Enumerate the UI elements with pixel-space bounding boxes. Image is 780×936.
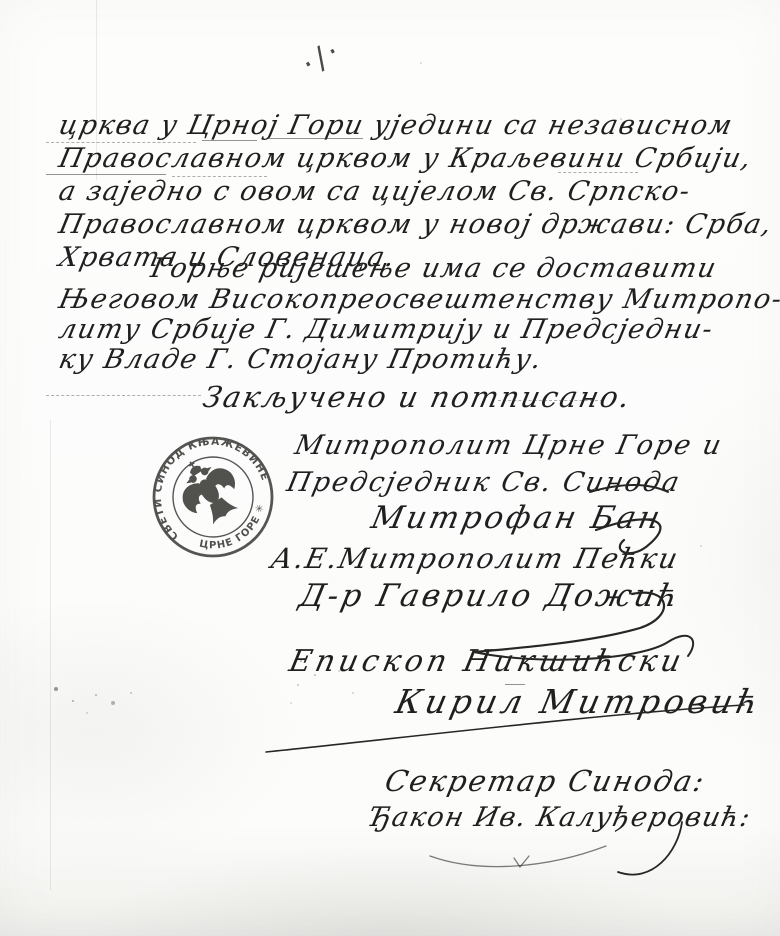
underline-stroke (558, 172, 638, 173)
underline-stroke (46, 174, 166, 175)
signature-flourish (514, 856, 529, 867)
closing-statement: Закључено и потписано. (200, 380, 635, 414)
body-line: црква у Црној Гори уједини са независном (56, 110, 736, 141)
signatory-title: Секретар Синода: (382, 764, 709, 798)
underline-stroke (202, 140, 257, 141)
signature-name: Д-р Гаврило Дожић (296, 578, 684, 614)
underline-stroke (268, 138, 363, 139)
signatory-title: Митрополит Црне Горе и (292, 430, 726, 461)
signature-name: Кирил Митровић (392, 682, 766, 721)
body-line: ку Владе Г. Стојану Протићу. (56, 344, 546, 375)
body-line: Православном црквом у новој држави: Срба… (56, 209, 776, 240)
body-line: Православном црквом у Краљевини Србији, (56, 143, 755, 174)
body-line: литу Србије Г. Димитрију и Предсједни- (56, 314, 717, 345)
body-line: а заједно с овом са цијелом Св. Српско- (56, 176, 694, 207)
reference-mark: ·/· (296, 32, 349, 82)
body-line: Његовом Високопреосвештенству Митропо- (56, 284, 780, 315)
signature-name: Митрофан Бан (368, 500, 666, 536)
underline-stroke (46, 395, 201, 396)
signatory-title: А.Е.Митрополит Пећки (268, 542, 682, 575)
signatory-title: Предсједник Св. Синода (284, 467, 684, 498)
signature-flourish (430, 846, 606, 867)
ink-speckles (0, 0, 2, 2)
scanned-document-page: ·/· црква у Црној Гори уједини са незави… (0, 0, 780, 936)
signatory-title: Епископ Никшићски (286, 644, 688, 679)
underline-stroke (172, 176, 267, 177)
underline-stroke (46, 142, 196, 143)
underline-stroke (498, 400, 603, 401)
synod-seal: СВЕТИ СИНОД КЊАЖЕВИНЕ ЦРНЕ ГОРЕ ✳ (146, 430, 280, 564)
body-line: Горње ријешење има се доставити (148, 253, 720, 284)
paper-crease (50, 420, 51, 890)
signature-name: Ђакон Ив. Калуђеровић: (366, 802, 754, 833)
